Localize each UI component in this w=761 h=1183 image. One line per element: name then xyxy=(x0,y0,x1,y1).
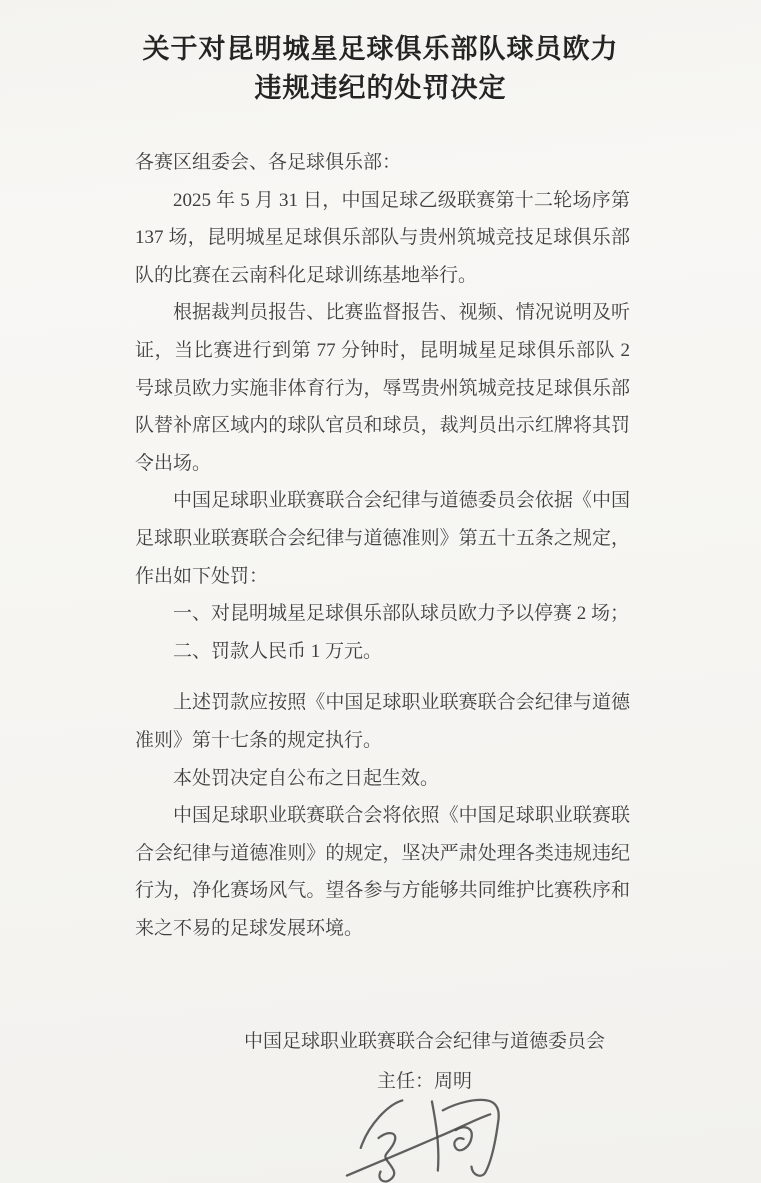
signing-organization: 中国足球职业联赛联合会纪律与道德委员会 xyxy=(88,1030,761,1054)
paragraph-ruling-basis: 中国足球职业联赛联合会纪律与道德委员会依据《中国足球职业联赛联合会纪律与道德准则… xyxy=(135,482,630,595)
handwritten-signature-icon xyxy=(341,1088,509,1183)
document-body: 各赛区组委会、各足球俱乐部： 2025 年 5 月 31 日，中国足球乙级联赛第… xyxy=(135,144,630,947)
penalty-item-2: 二、罚款人民币 1 万元。 xyxy=(135,633,630,671)
salutation: 各赛区组委会、各足球俱乐部： xyxy=(135,144,630,182)
document-page: 关于对昆明城星足球俱乐部队球员欧力 违规违纪的处罚决定 各赛区组委会、各足球俱乐… xyxy=(0,0,761,1183)
paragraph-effective-date: 本处罚决定自公布之日起生效。 xyxy=(135,760,630,798)
title-line-1: 关于对昆明城星足球俱乐部队球员欧力 xyxy=(0,30,761,69)
signoff-block: 中国足球职业联赛联合会纪律与道德委员会 主任：周明 xyxy=(0,1030,761,1183)
paragraph-closing-statement: 中国足球职业联赛联合会将依照《中国足球职业联赛联合会纪律与道德准则》的规定，坚决… xyxy=(135,797,630,947)
paragraph-incident-description: 根据裁判员报告、比赛监督报告、视频、情况说明及听证，当比赛进行到第 77 分钟时… xyxy=(135,294,630,482)
document-title: 关于对昆明城星足球俱乐部队球员欧力 违规违纪的处罚决定 xyxy=(0,0,761,108)
paragraph-fine-execution: 上述罚款应按照《中国足球职业联赛联合会纪律与道德准则》第十七条的规定执行。 xyxy=(135,684,630,759)
paragraph-match-info: 2025 年 5 月 31 日，中国足球乙级联赛第十二轮场序第 137 场，昆明… xyxy=(135,182,630,295)
penalty-item-1: 一、对昆明城星足球俱乐部队球员欧力予以停赛 2 场； xyxy=(135,595,630,633)
signer-title-and-name: 主任：周明 xyxy=(88,1070,761,1094)
title-line-2: 违规违纪的处罚决定 xyxy=(0,69,761,108)
